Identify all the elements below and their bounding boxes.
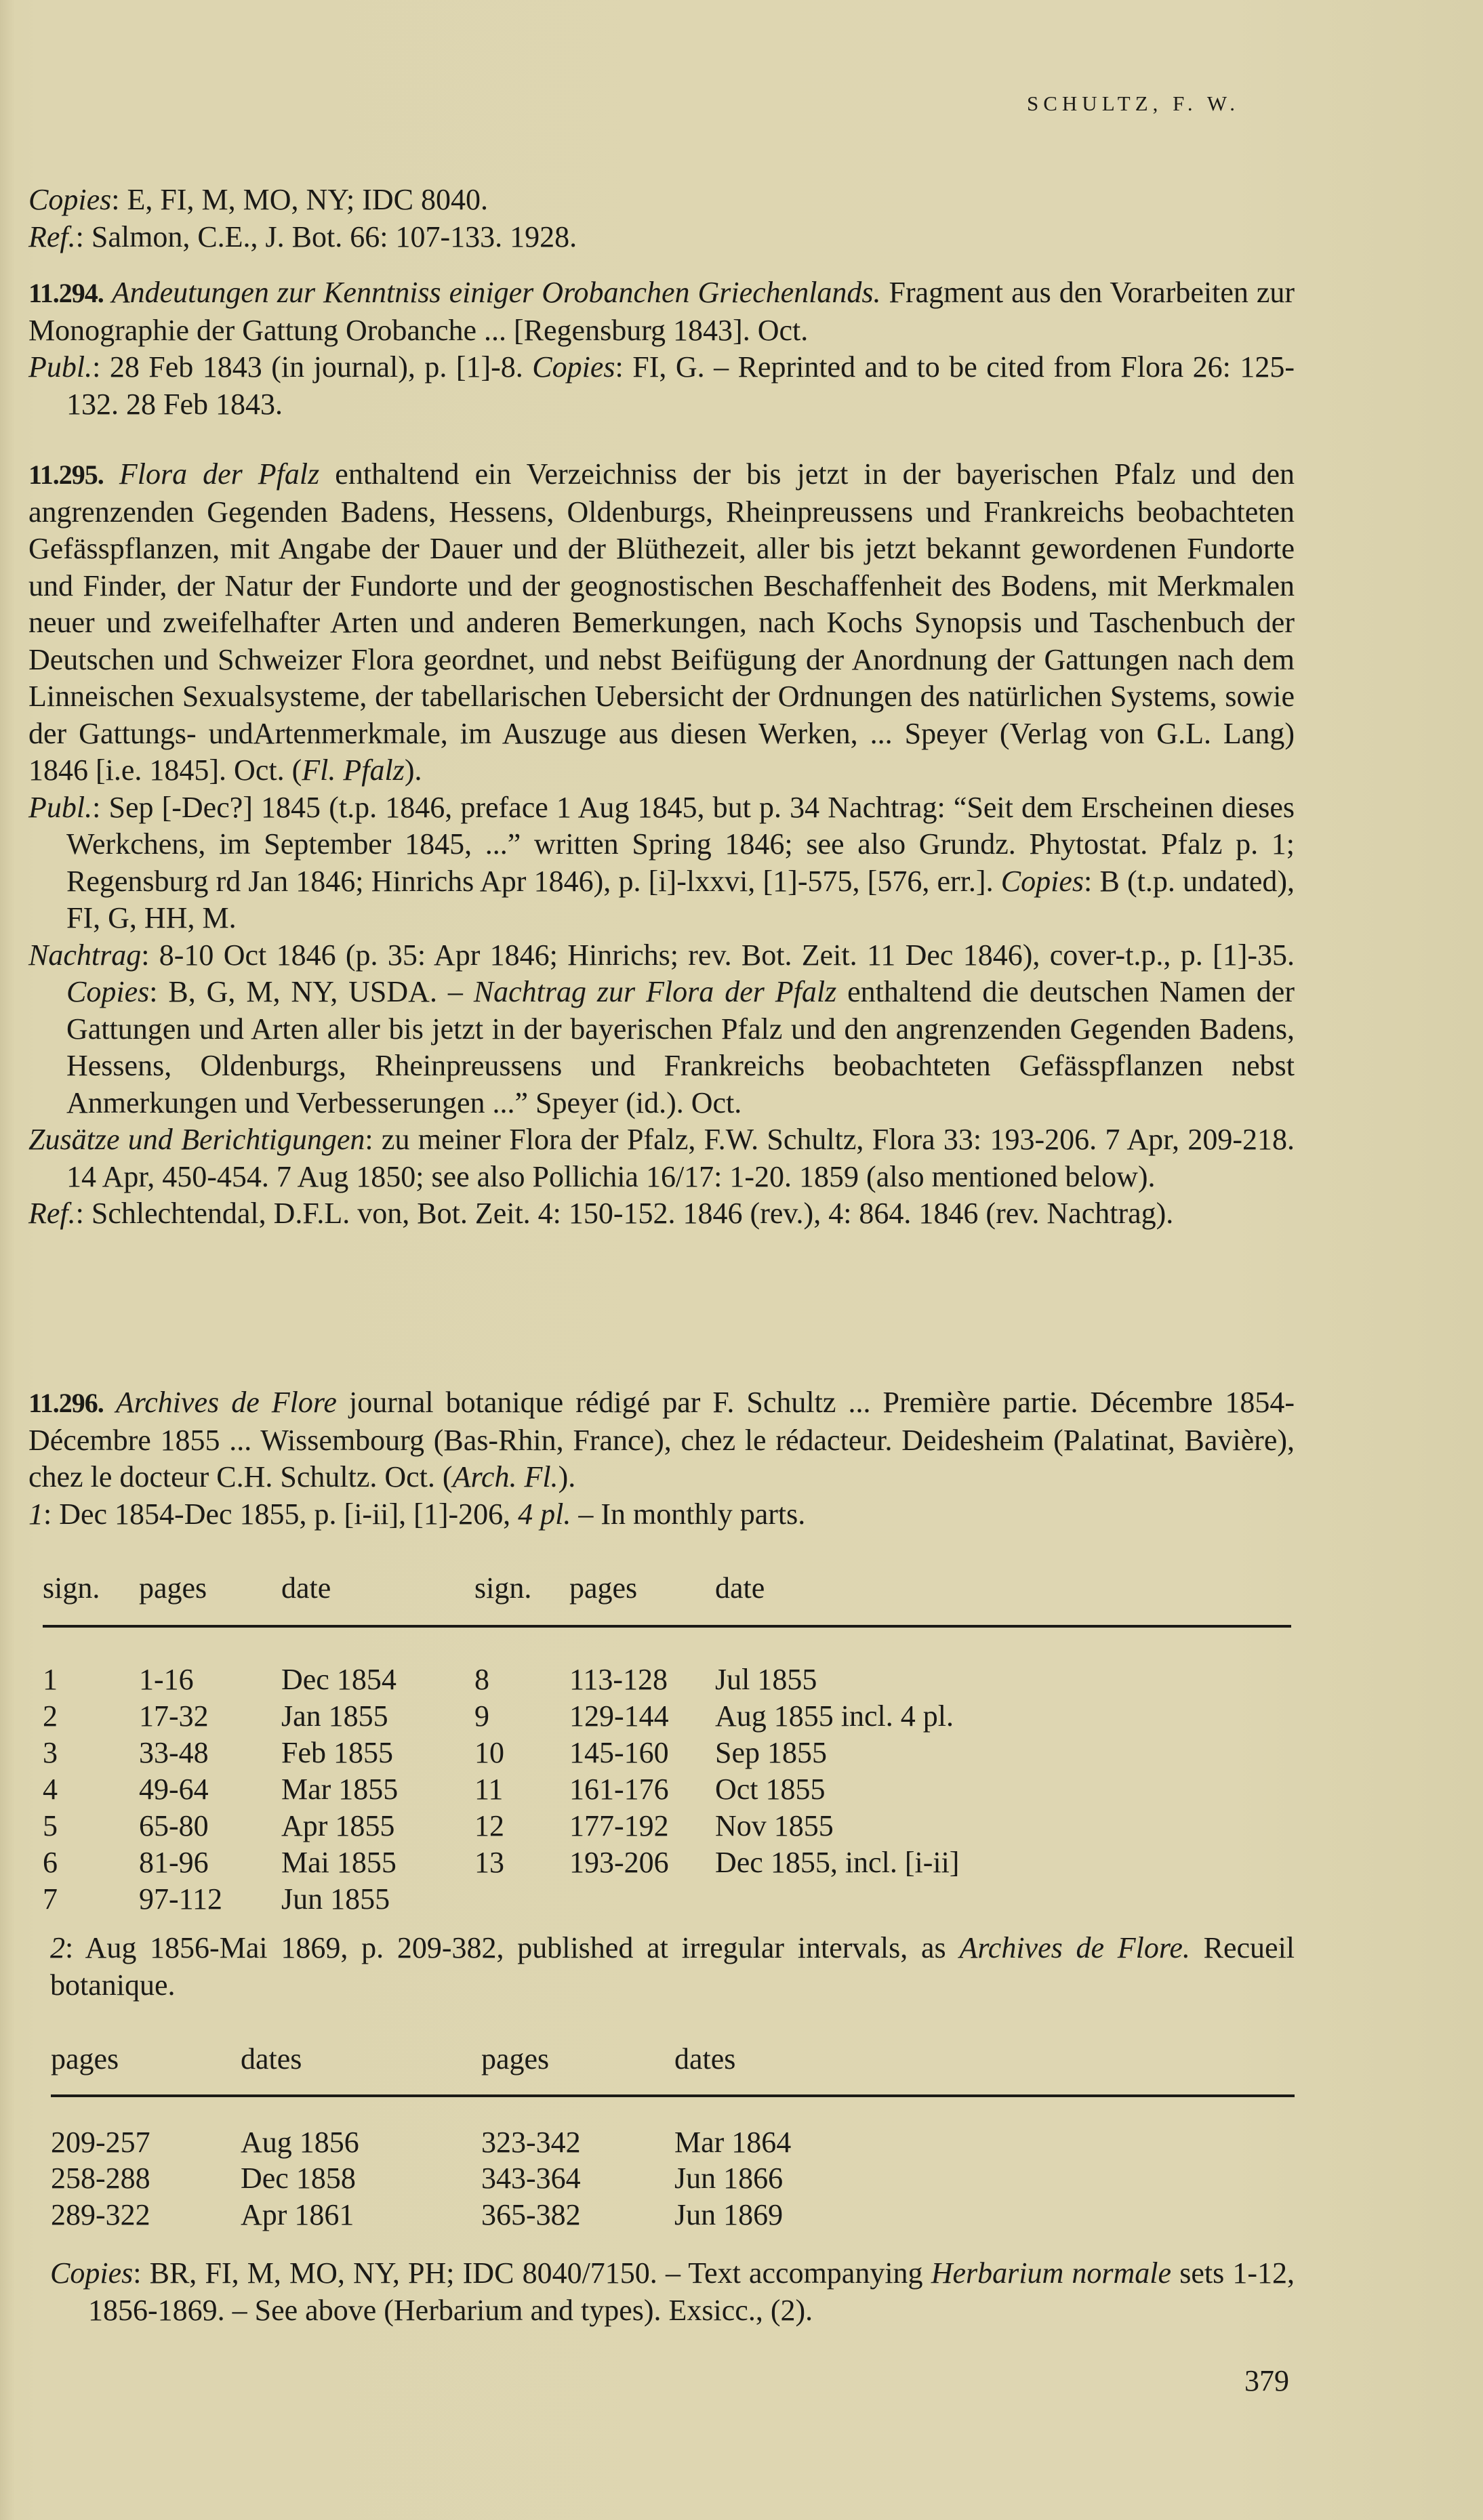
volume-2-text: : Aug 1856-Mai 1869, p. 209-382, publish…	[65, 1931, 959, 1964]
pages-cell: 17-32	[139, 1699, 209, 1733]
sign-cell: 1	[43, 1662, 58, 1697]
volume-2-title: Archives de Flore.	[959, 1931, 1190, 1964]
sign-cell: 6	[43, 1845, 58, 1880]
pages-cell: 258-288	[51, 2161, 150, 2195]
running-head: SCHULTZ, F. W.	[1027, 91, 1240, 116]
pages-cell: 129-144	[569, 1699, 669, 1733]
ref-label: Ref.	[28, 220, 76, 253]
column-header: date	[715, 1571, 765, 1605]
copies-label: Copies	[66, 975, 149, 1008]
copies-paragraph: Copies: BR, FI, M, MO, NY, PH; IDC 8040/…	[50, 2255, 1295, 2329]
sign-cell: 4	[43, 1772, 58, 1806]
date-cell: Dec 1854	[281, 1662, 397, 1697]
entry-abbreviation: Fl. Pfalz	[302, 753, 405, 787]
copies-label: Copies	[1001, 865, 1084, 898]
previous-entry-tail: Copies: E, FI, M, MO, NY; IDC 8040. Ref.…	[28, 182, 1295, 255]
date-cell: Mar 1864	[674, 2125, 791, 2160]
volume-1-line: 1: Dec 1854-Dec 1855, p. [i-ii], [1]-206…	[28, 1496, 1295, 1533]
volume-2-line: 2: Aug 1856-Mai 1869, p. 209-382, publis…	[50, 1930, 1295, 2004]
pages-cell: 65-80	[139, 1809, 209, 1843]
table-row: 4 49-64 Mar 1855 11 161-176 Oct 1855	[43, 1772, 1291, 1809]
column-header: sign.	[43, 1571, 100, 1605]
entry-11-295: 11.295. Flora der Pfalz enthaltend ein V…	[28, 456, 1295, 1233]
sign-cell: 8	[474, 1662, 489, 1697]
nachtrag-text: : 8-10 Oct 1846 (p. 35: Apr 1846; Hinric…	[141, 938, 1295, 972]
table-row: 6 81-96 Mai 1855 13 193-206 Dec 1855, in…	[43, 1845, 1291, 1882]
date-cell: Jun 1855	[281, 1882, 390, 1916]
pages-cell: 289-322	[51, 2197, 150, 2232]
nachtrag-paragraph: Nachtrag: 8-10 Oct 1846 (p. 35: Apr 1846…	[28, 937, 1295, 1122]
date-cell: Oct 1855	[715, 1772, 826, 1806]
abbreviation-close: ).	[558, 1460, 576, 1493]
table-rule	[51, 2094, 1295, 2097]
abbreviation-close: ).	[405, 753, 422, 787]
column-header: pages	[51, 2042, 119, 2076]
date-cell: Aug 1856	[241, 2125, 359, 2160]
publ-paragraph: Publ.: 28 Feb 1843 (in journal), p. [1]-…	[28, 349, 1295, 423]
table-header: pages dates pages dates	[51, 2042, 1295, 2078]
copies-label: Copies	[532, 350, 615, 384]
pages-cell: 323-342	[481, 2125, 581, 2160]
date-cell: Apr 1855	[281, 1809, 394, 1843]
sign-cell: 7	[43, 1882, 58, 1916]
nachtrag-title: Nachtrag zur Flora der Pfalz	[474, 975, 836, 1008]
herbarium-title: Herbarium normale	[931, 2256, 1171, 2290]
volume-1-rest: – In monthly parts.	[571, 1497, 805, 1531]
table-header: sign. pages date sign. pages date	[43, 1571, 1291, 1607]
sign-cell: 3	[43, 1735, 58, 1770]
date-cell: Feb 1855	[281, 1735, 393, 1770]
pages-cell: 193-206	[569, 1845, 669, 1880]
entry-title-paragraph: 11.296. Archives de Flore journal botani…	[28, 1384, 1295, 1496]
column-header: dates	[241, 2042, 302, 2076]
zusaetze-paragraph: Zusätze und Berichtigungen: zu meiner Fl…	[28, 1121, 1295, 1195]
ref-text: : Schlechtendal, D.F.L. von, Bot. Zeit. …	[76, 1197, 1174, 1230]
publ-label: Publ.	[28, 350, 92, 384]
entry-11-294: 11.294. Andeutungen zur Kenntniss einige…	[28, 274, 1295, 423]
sign-cell: 13	[474, 1845, 504, 1880]
sign-cell: 12	[474, 1809, 504, 1843]
copies-label: Copies	[28, 183, 111, 216]
date-cell: Dec 1855, incl. [i-ii]	[715, 1845, 959, 1880]
sign-cell: 10	[474, 1735, 504, 1770]
entry-title: Flora der Pfalz	[119, 457, 319, 491]
copies-label: Copies	[50, 2256, 133, 2290]
entry-number: 11.296.	[28, 1388, 104, 1418]
ref-line: Ref.: Salmon, C.E., J. Bot. 66: 107-133.…	[28, 219, 1295, 256]
entry-title-paragraph: 11.294. Andeutungen zur Kenntniss einige…	[28, 274, 1295, 349]
copies-line: Copies: BR, FI, M, MO, NY, PH; IDC 8040/…	[50, 2255, 1295, 2329]
table-row: 1 1-16 Dec 1854 8 113-128 Jul 1855	[43, 1662, 1291, 1699]
date-cell: Jul 1855	[715, 1662, 817, 1697]
table-row: 209-257 Aug 1856 323-342 Mar 1864	[51, 2125, 1295, 2162]
date-cell: Jun 1866	[674, 2161, 783, 2195]
entry-title: Andeutungen zur Kenntniss einiger Oroban…	[112, 276, 881, 309]
date-cell: Mai 1855	[281, 1845, 397, 1880]
pages-cell: 161-176	[569, 1772, 669, 1806]
nachtrag-label: Nachtrag	[28, 938, 141, 972]
column-header: dates	[674, 2042, 735, 2076]
volume-1-label: 1	[28, 1497, 43, 1531]
column-header: date	[281, 1571, 331, 1605]
zusaetze-label: Zusätze und Berichtigungen	[28, 1123, 365, 1156]
pages-cell: 209-257	[51, 2125, 150, 2160]
date-cell: Apr 1861	[241, 2197, 354, 2232]
copies-text: : B, G, M, NY, USDA. –	[149, 975, 474, 1008]
page-number: 379	[1244, 2363, 1289, 2398]
column-header: sign.	[474, 1571, 531, 1605]
volume-2-label: 2	[50, 1931, 65, 1964]
pages-cell: 49-64	[139, 1772, 209, 1806]
pages-cell: 33-48	[139, 1735, 209, 1770]
pages-cell: 145-160	[569, 1735, 669, 1770]
copies-text: : BR, FI, M, MO, NY, PH; IDC 8040/7150. …	[133, 2256, 931, 2290]
volume-1-text: : Dec 1854-Dec 1855, p. [i-ii], [1]-206,	[43, 1497, 518, 1531]
sign-cell: 2	[43, 1699, 58, 1733]
date-cell: Jun 1869	[674, 2197, 783, 2232]
table-row: 258-288 Dec 1858 343-364 Jun 1866	[51, 2161, 1295, 2197]
table-row: 289-322 Apr 1861 365-382 Jun 1869	[51, 2197, 1295, 2234]
column-header: pages	[481, 2042, 549, 2076]
publ-text: : 28 Feb 1843 (in journal), p. [1]-8.	[92, 350, 532, 384]
table-rule	[43, 1625, 1291, 1628]
entry-abbreviation: Arch. Fl.	[453, 1460, 558, 1493]
pages-cell: 1-16	[139, 1662, 194, 1697]
pages-cell: 343-364	[481, 2161, 581, 2195]
entry-number: 11.295.	[28, 459, 104, 490]
column-header: pages	[139, 1571, 207, 1605]
date-cell: Sep 1855	[715, 1735, 827, 1770]
entry-title: Archives de Flore	[116, 1386, 337, 1419]
sign-cell: 9	[474, 1699, 489, 1733]
table-row: 5 65-80 Apr 1855 12 177-192 Nov 1855	[43, 1809, 1291, 1845]
table-row: 2 17-32 Jan 1855 9 129-144 Aug 1855 incl…	[43, 1699, 1291, 1735]
sign-cell: 5	[43, 1809, 58, 1843]
volume-2-paragraph: 2: Aug 1856-Mai 1869, p. 209-382, publis…	[50, 1930, 1295, 2004]
sign-cell: 11	[474, 1772, 503, 1806]
copies-text: : E, FI, M, MO, NY; IDC 8040.	[111, 183, 488, 216]
copies-line: Copies: E, FI, M, MO, NY; IDC 8040.	[28, 182, 1295, 219]
date-cell: Dec 1858	[241, 2161, 356, 2195]
table-row: 7 97-112 Jun 1855	[43, 1882, 1291, 1918]
pages-cell: 81-96	[139, 1845, 209, 1880]
date-cell: Jan 1855	[281, 1699, 388, 1733]
ref-text: : Salmon, C.E., J. Bot. 66: 107-133. 192…	[76, 220, 577, 253]
publ-label: Publ.	[28, 791, 92, 824]
table-row: 3 33-48 Feb 1855 10 145-160 Sep 1855	[43, 1735, 1291, 1772]
date-cell: Aug 1855 incl. 4 pl.	[715, 1699, 954, 1733]
entry-title-rest: enthaltend ein Verzeichniss der bis jetz…	[28, 457, 1295, 787]
pages-cell: 97-112	[139, 1882, 222, 1916]
column-header: pages	[569, 1571, 637, 1605]
ref-label: Ref.	[28, 1197, 76, 1230]
volume-1-plates: 4 pl.	[518, 1497, 571, 1531]
ref-paragraph: Ref.: Schlechtendal, D.F.L. von, Bot. Ze…	[28, 1195, 1295, 1233]
entry-number: 11.294.	[28, 278, 104, 308]
book-page: SCHULTZ, F. W. Copies: E, FI, M, MO, NY;…	[0, 0, 1483, 2520]
pages-cell: 113-128	[569, 1662, 668, 1697]
date-cell: Nov 1855	[715, 1809, 834, 1843]
pages-cell: 365-382	[481, 2197, 581, 2232]
date-cell: Mar 1855	[281, 1772, 398, 1806]
entry-11-296: 11.296. Archives de Flore journal botani…	[28, 1384, 1295, 1533]
publ-paragraph: Publ.: Sep [-Dec?] 1845 (t.p. 1846, pref…	[28, 789, 1295, 937]
entry-title-paragraph: 11.295. Flora der Pfalz enthaltend ein V…	[28, 456, 1295, 789]
pages-cell: 177-192	[569, 1809, 669, 1843]
